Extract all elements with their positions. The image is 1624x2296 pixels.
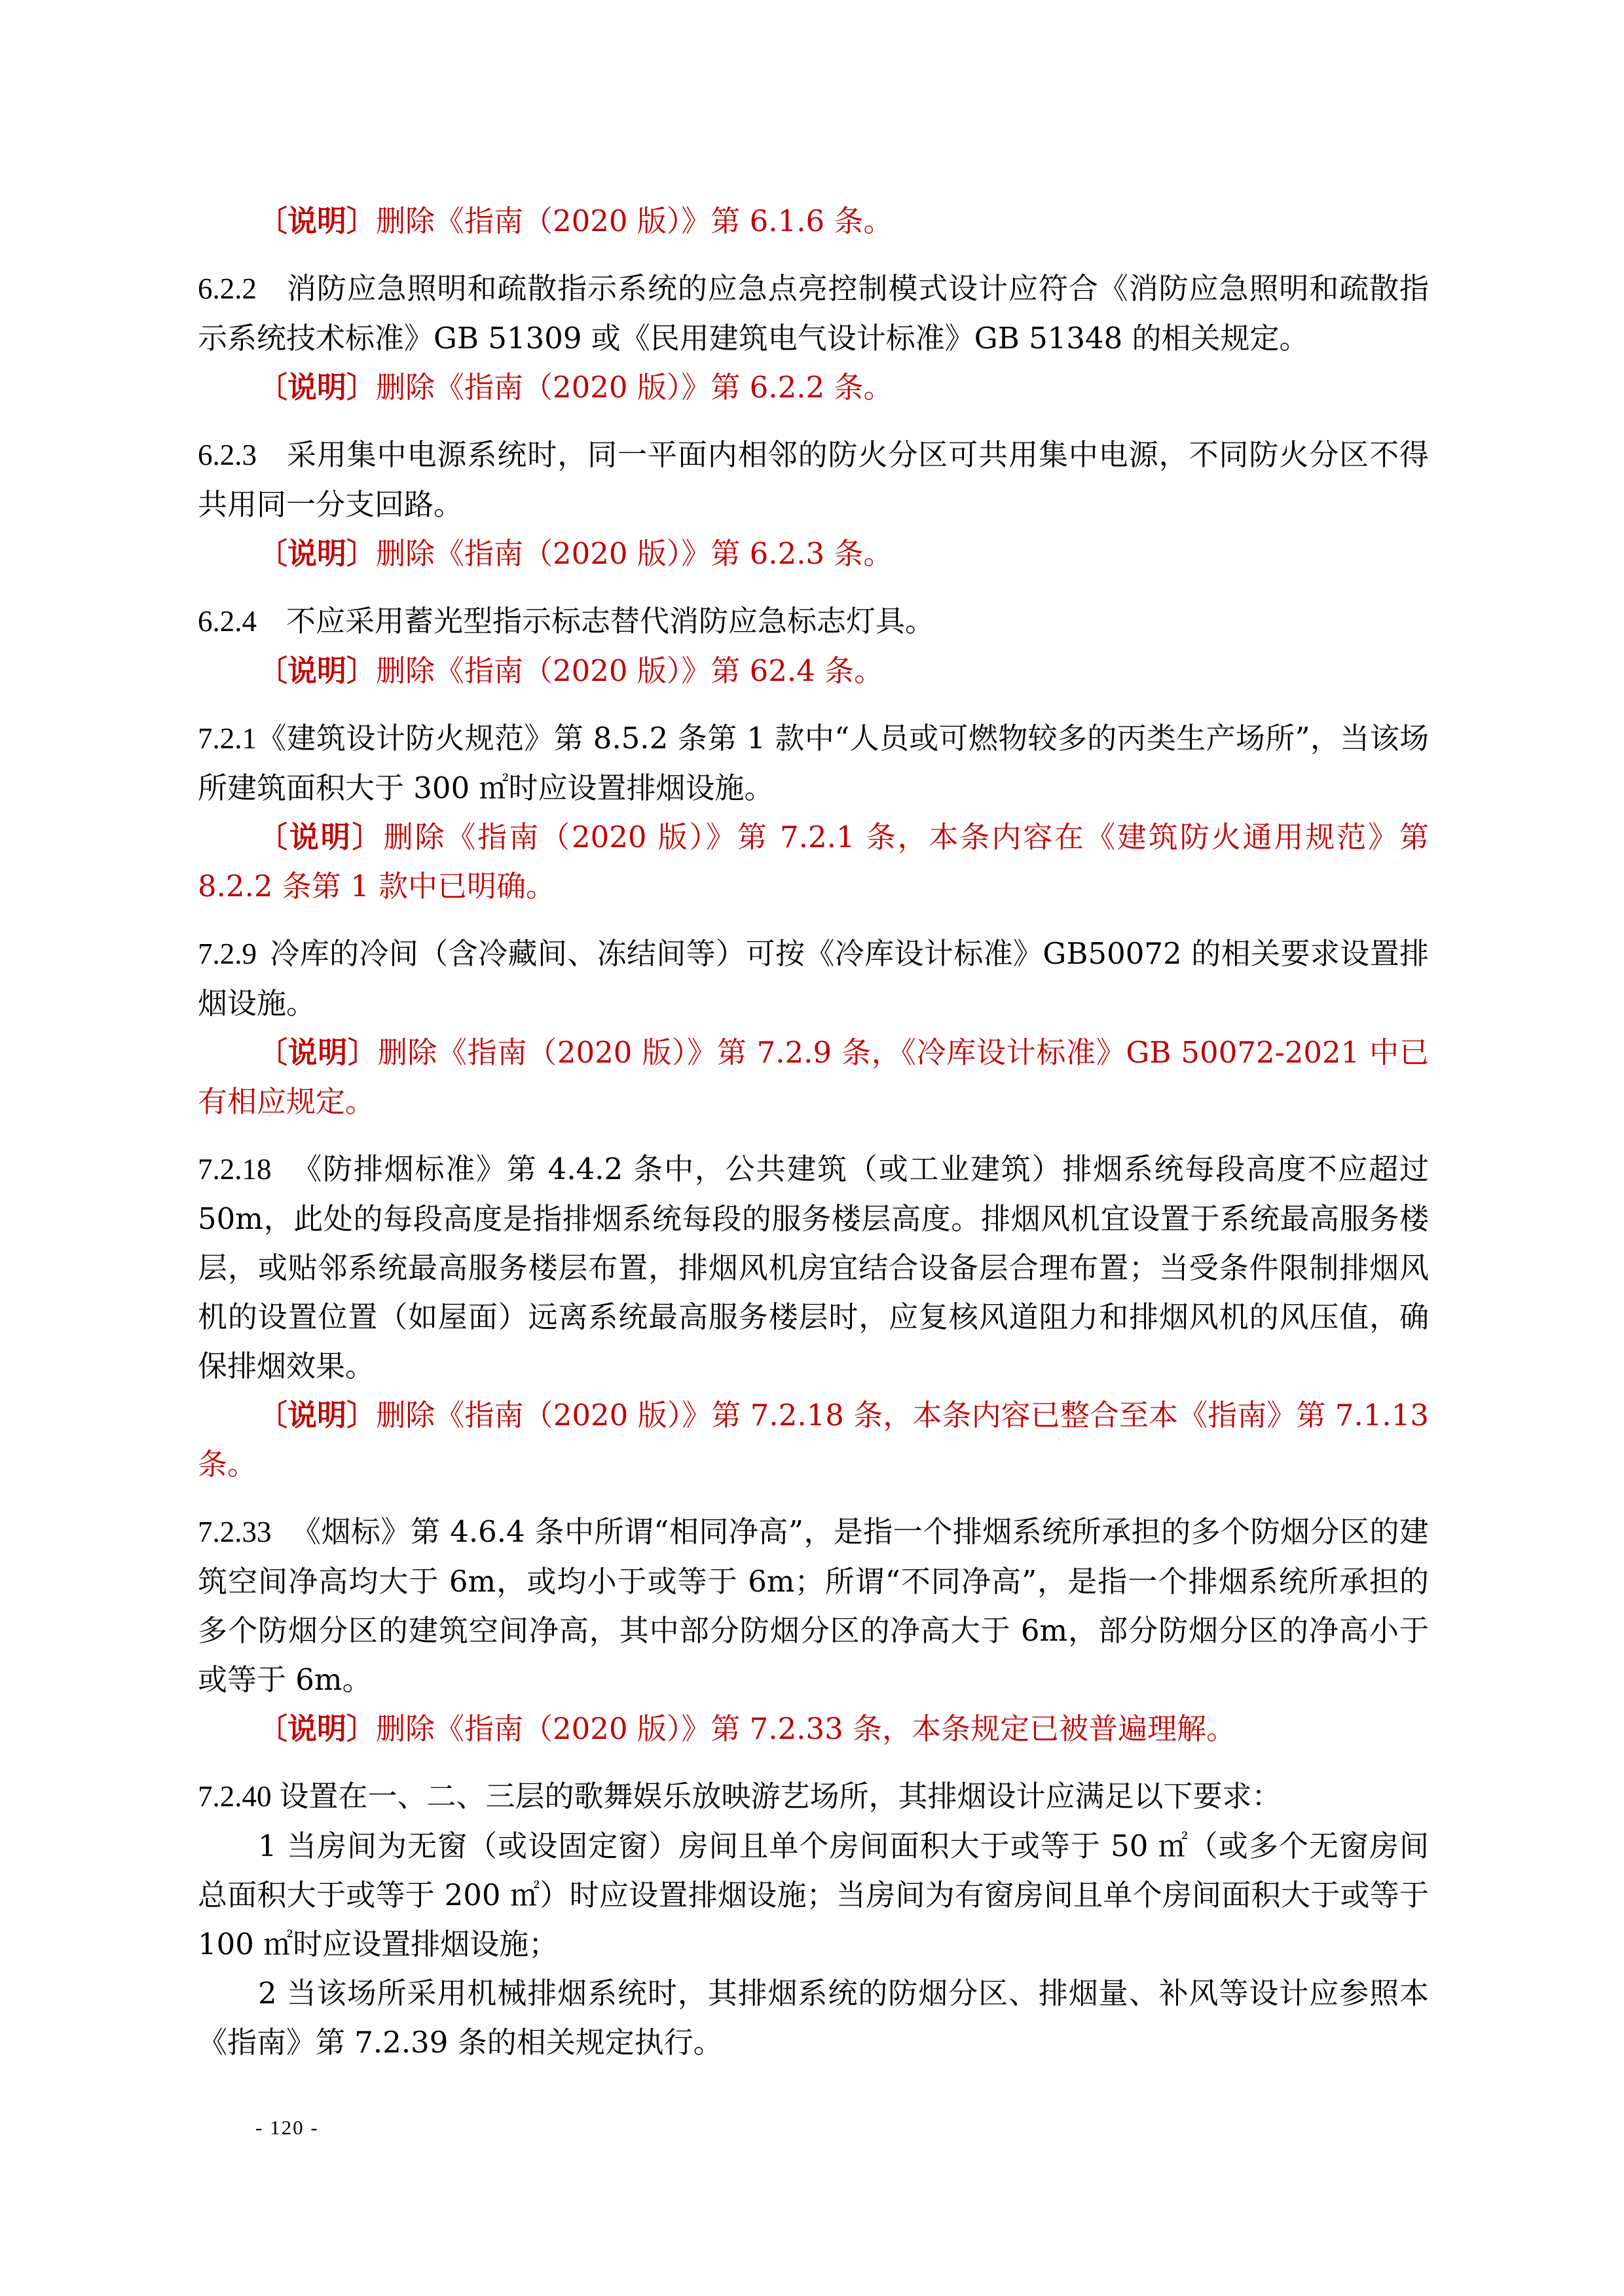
note-tag: 〔说明〕 xyxy=(258,653,376,688)
note-tag: 〔说明〕 xyxy=(258,1398,376,1432)
note-text: 删除《指南（2020 版）》第 7.2.33 条，本条规定已被普遍理解。 xyxy=(376,1711,1236,1746)
clause-7-2-40: 7.2.40设置在一、二、三层的歌舞娱乐放映游艺场所，其排烟设计应满足以下要求：… xyxy=(198,1772,1429,2067)
clause-number: 7.2.18 xyxy=(198,1153,272,1186)
document-page: 〔说明〕删除《指南（2020 版）》第 6.1.6 条。 6.2.2消防应急照明… xyxy=(198,196,1429,2067)
clause-text: 7.2.40设置在一、二、三层的歌舞娱乐放映游艺场所，其排烟设计应满足以下要求： xyxy=(198,1772,1429,1821)
clause-body: 《建筑设计防火规范》第 8.5.2 条第 1 款中“人员或可燃物较多的丙类生产场… xyxy=(198,721,1429,805)
clause-body: 《烟标》第 4.6.4 条中所谓“相同净高”，是指一个排烟系统所承担的多个防烟分… xyxy=(198,1514,1429,1697)
clause-text: 6.2.2消防应急照明和疏散指示系统的应急点亮控制模式设计应符合《消防应急照明和… xyxy=(198,264,1429,363)
clause-text: 6.2.3采用集中电源系统时，同一平面内相邻的防火分区可共用集中电源，不同防火分… xyxy=(198,430,1429,529)
clause-number: 6.2.2 xyxy=(198,272,257,305)
note-text: 删除《指南（2020 版）》第 6.1.6 条。 xyxy=(376,204,893,238)
explanation-note: 〔说明〕删除《指南（2020 版）》第 7.2.33 条，本条规定已被普遍理解。 xyxy=(198,1704,1429,1753)
note-tag: 〔说明〕 xyxy=(258,1035,378,1070)
note-text: 删除《指南（2020 版）》第 62.4 条。 xyxy=(376,653,883,688)
note-tag: 〔说明〕 xyxy=(258,536,376,571)
clause-text: 7.2.1《建筑设计防火规范》第 8.5.2 条第 1 款中“人员或可燃物较多的… xyxy=(198,714,1429,812)
note-tag: 〔说明〕 xyxy=(258,820,384,854)
explanation-note: 〔说明〕删除《指南（2020 版）》第 7.2.9 条，《冷库设计标准》GB 5… xyxy=(198,1028,1429,1126)
page-number: - 120 - xyxy=(255,2116,319,2140)
clause-body: 设置在一、二、三层的歌舞娱乐放映游艺场所，其排烟设计应满足以下要求： xyxy=(280,1779,1282,1813)
explanation-note: 〔说明〕删除《指南（2020 版）》第 7.2.1 条，本条内容在《建筑防火通用… xyxy=(198,812,1429,911)
clause-number: 6.2.3 xyxy=(198,439,257,471)
clause-7-2-9: 7.2.9冷库的冷间（含冷藏间、冻结间等）可按《冷库设计标准》GB50072 的… xyxy=(198,929,1429,1126)
explanation-note: 〔说明〕删除《指南（2020 版）》第 7.2.18 条，本条内容已整合至本《指… xyxy=(198,1391,1429,1489)
clause-body: 不应采用蓄光型指示标志替代消防应急标志灯具。 xyxy=(286,604,934,638)
clause-number: 7.2.9 xyxy=(198,938,257,970)
clause-item-2: 2 当该场所采用机械排烟系统时，其排烟系统的防烟分区、排烟量、补风等设计应参照本… xyxy=(198,1969,1429,2067)
note-tag: 〔说明〕 xyxy=(258,204,376,238)
clause-block: 〔说明〕删除《指南（2020 版）》第 6.1.6 条。 xyxy=(198,196,1429,246)
clause-6-2-4: 6.2.4不应采用蓄光型指示标志替代消防应急标志灯具。 〔说明〕删除《指南（20… xyxy=(198,596,1429,695)
clause-6-2-2: 6.2.2消防应急照明和疏散指示系统的应急点亮控制模式设计应符合《消防应急照明和… xyxy=(198,264,1429,412)
note-tag: 〔说明〕 xyxy=(258,1711,376,1746)
clause-body: 消防应急照明和疏散指示系统的应急点亮控制模式设计应符合《消防应急照明和疏散指示系… xyxy=(198,271,1429,355)
clause-body: 《防排烟标准》第 4.4.2 条中，公共建筑（或工业建筑）排烟系统每段高度不应超… xyxy=(198,1152,1429,1383)
clause-text: 6.2.4不应采用蓄光型指示标志替代消防应急标志灯具。 xyxy=(198,596,1429,646)
clause-number: 6.2.4 xyxy=(198,605,257,638)
clause-6-2-3: 6.2.3采用集中电源系统时，同一平面内相邻的防火分区可共用集中电源，不同防火分… xyxy=(198,430,1429,578)
explanation-note: 〔说明〕删除《指南（2020 版）》第 6.2.3 条。 xyxy=(198,529,1429,578)
clause-text: 7.2.9冷库的冷间（含冷藏间、冻结间等）可按《冷库设计标准》GB50072 的… xyxy=(198,929,1429,1028)
explanation-note: 〔说明〕删除《指南（2020 版）》第 62.4 条。 xyxy=(198,646,1429,695)
clause-text: 7.2.33《烟标》第 4.6.4 条中所谓“相同净高”，是指一个排烟系统所承担… xyxy=(198,1507,1429,1704)
clause-7-2-33: 7.2.33《烟标》第 4.6.4 条中所谓“相同净高”，是指一个排烟系统所承担… xyxy=(198,1507,1429,1753)
clause-number: 7.2.1 xyxy=(198,722,257,755)
note-tag: 〔说明〕 xyxy=(258,370,376,405)
note-text: 删除《指南（2020 版）》第 7.2.18 条，本条内容已整合至本《指南》第 … xyxy=(198,1398,1429,1482)
clause-item-1: 1 当房间为无窗（或设固定窗）房间且单个房间面积大于或等于 50 ㎡（或多个无窗… xyxy=(198,1821,1429,1969)
note-text: 删除《指南（2020 版）》第 6.2.2 条。 xyxy=(376,370,893,405)
note-text: 删除《指南（2020 版）》第 7.2.9 条，《冷库设计标准》GB 50072… xyxy=(198,1035,1429,1119)
clause-text: 7.2.18《防排烟标准》第 4.4.2 条中，公共建筑（或工业建筑）排烟系统每… xyxy=(198,1144,1429,1391)
clause-body: 采用集中电源系统时，同一平面内相邻的防火分区可共用集中电源，不同防火分区不得共用… xyxy=(198,437,1429,522)
note-text: 删除《指南（2020 版）》第 6.2.3 条。 xyxy=(376,536,893,571)
clause-7-2-18: 7.2.18《防排烟标准》第 4.4.2 条中，公共建筑（或工业建筑）排烟系统每… xyxy=(198,1144,1429,1489)
clause-number: 7.2.40 xyxy=(198,1780,272,1813)
clause-number: 7.2.33 xyxy=(198,1516,272,1548)
clause-body: 冷库的冷间（含冷藏间、冻结间等）可按《冷库设计标准》GB50072 的相关要求设… xyxy=(198,936,1429,1021)
explanation-note: 〔说明〕删除《指南（2020 版）》第 6.2.2 条。 xyxy=(198,363,1429,412)
clause-7-2-1: 7.2.1《建筑设计防火规范》第 8.5.2 条第 1 款中“人员或可燃物较多的… xyxy=(198,714,1429,911)
explanation-note: 〔说明〕删除《指南（2020 版）》第 6.1.6 条。 xyxy=(198,196,1429,246)
